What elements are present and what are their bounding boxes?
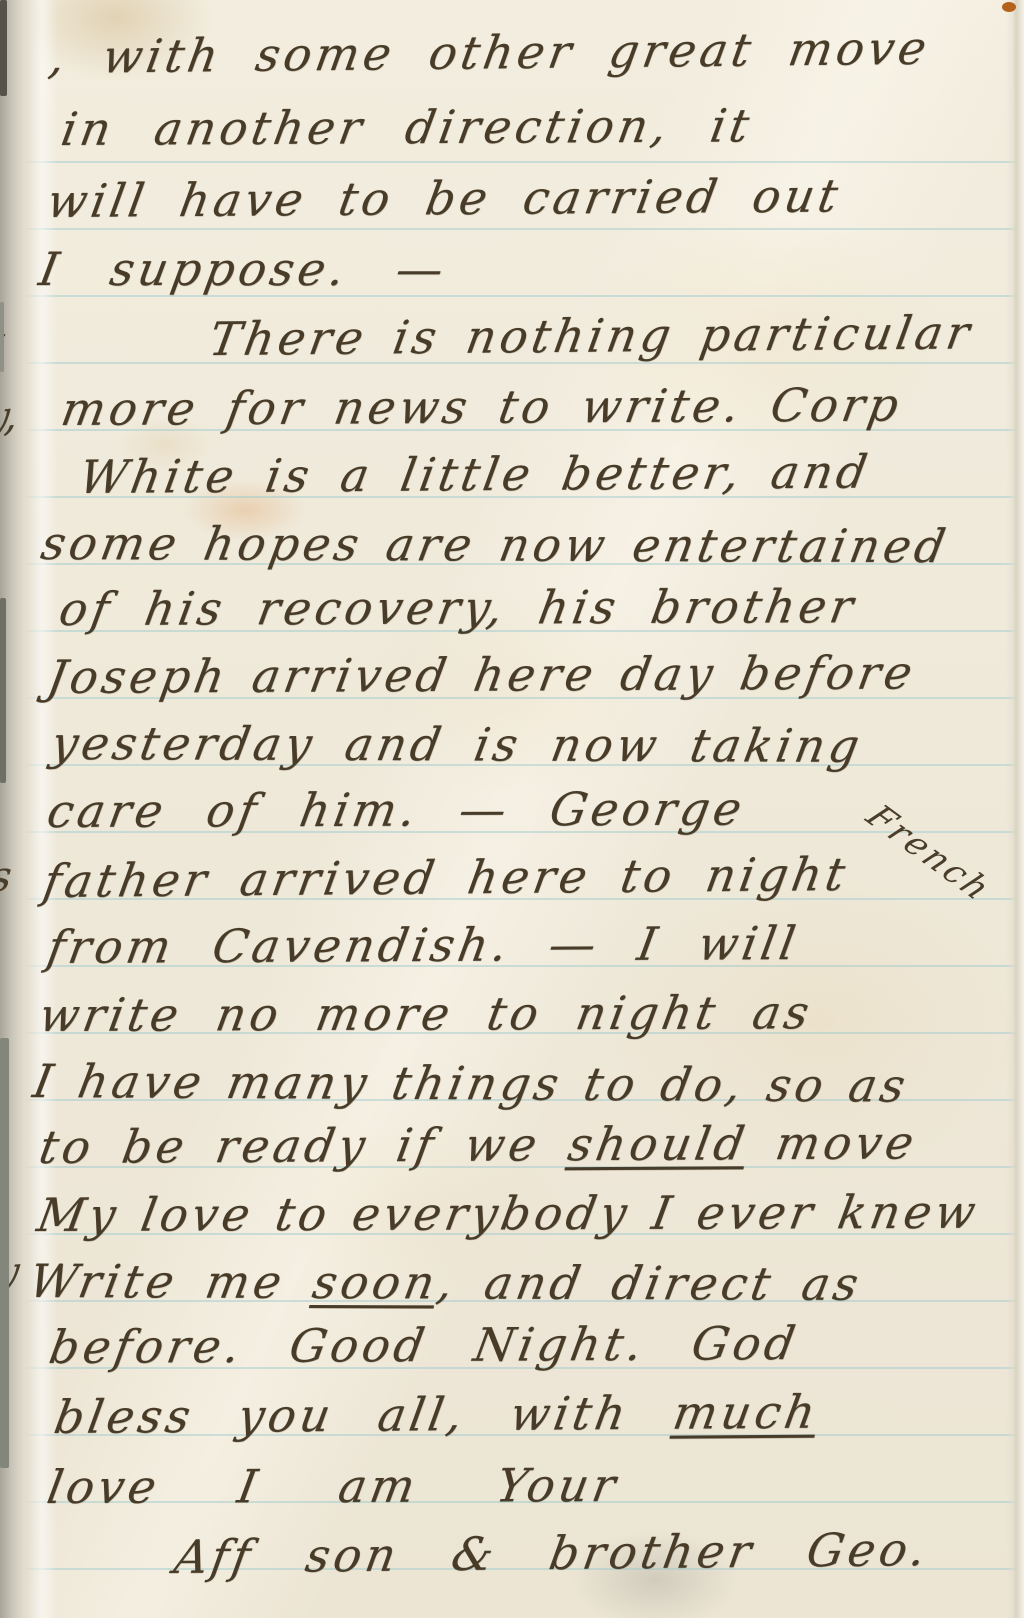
letter-line: My love to everybody I ever knew	[33, 1185, 983, 1242]
scan-edge-mark	[0, 302, 4, 372]
letter-line: care of him. — George	[43, 782, 749, 838]
letter-line: love I am Your	[43, 1458, 623, 1514]
page-right-edge	[1006, 0, 1024, 1618]
letter-line: Write me soon, and direct as	[25, 1254, 866, 1311]
letter-line: I suppose. —	[35, 242, 451, 296]
letter-line: , with some other great move	[46, 21, 935, 84]
scan-edge-mark	[0, 598, 6, 783]
letter-line: yesterday and is now taking	[47, 716, 867, 773]
letter-line-text: bless you all, with	[50, 1386, 678, 1444]
cutoff-margin-stroke: y,	[0, 390, 19, 442]
letter-line-text: Write me	[25, 1254, 318, 1309]
letter-line: of his recovery, his brother	[55, 579, 861, 636]
underlined-word: should	[564, 1116, 752, 1171]
rust-stain	[1002, 2, 1016, 12]
letter-line-text: move	[743, 1115, 922, 1170]
letter-page: , with some other great move in another …	[0, 0, 1024, 1618]
underlined-word: soon	[309, 1255, 443, 1309]
letter-line: Joseph arrived here day before	[43, 645, 920, 704]
signature-line: Aff son & brother Geo.	[171, 1522, 934, 1584]
letter-line: to be ready if we should move	[35, 1115, 921, 1174]
letter-line: more for news to write. Corp	[57, 378, 906, 436]
letter-line: There is nothing particular	[205, 305, 977, 366]
letter-line: bless you all, with much	[50, 1385, 823, 1444]
letter-line: White is a little better, and	[75, 444, 875, 504]
letter-line: I have many things to do, so as	[29, 1054, 913, 1113]
letter-line: some hopes are now entertained	[37, 516, 953, 573]
letter-line: from Cavendish. — I will	[43, 916, 803, 974]
underlined-word: much	[669, 1385, 823, 1440]
letter-line: father arrived here to night	[39, 847, 852, 908]
scan-edge-mark	[0, 1038, 9, 1468]
letter-line-text: to be ready if we	[35, 1117, 573, 1174]
letter-line: before. Good Night. God	[45, 1316, 803, 1374]
scan-edge-mark	[0, 0, 7, 96]
letter-line: will have to be carried out	[43, 168, 845, 228]
letter-line: write no more to night as	[35, 985, 817, 1042]
letter-line: in another direction, it	[57, 98, 757, 156]
letter-line-text: , and direct as	[433, 1255, 866, 1310]
